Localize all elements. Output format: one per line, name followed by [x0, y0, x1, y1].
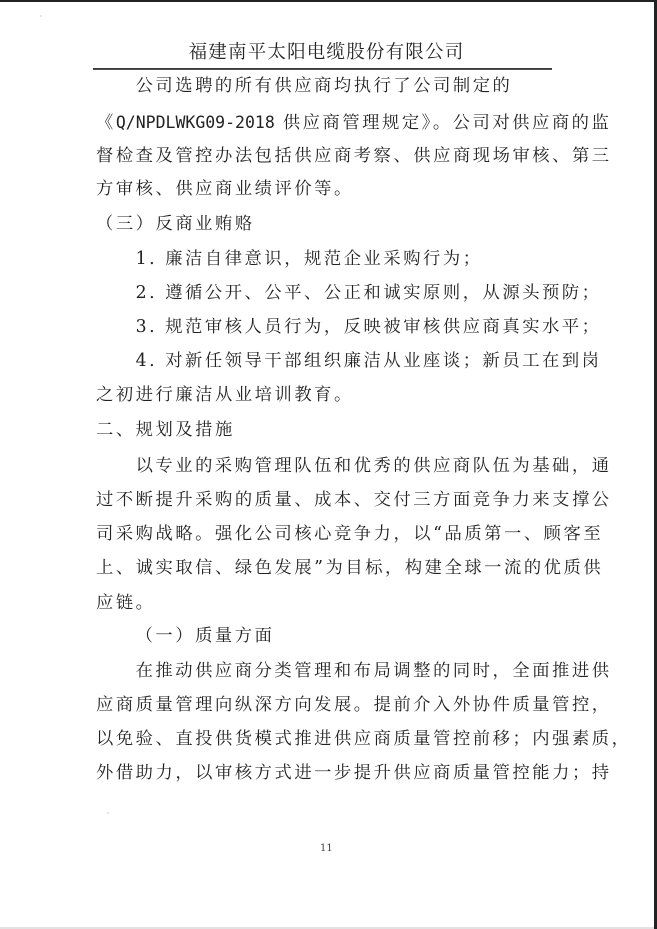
document-code: Q/NPDLWKG09-2018	[116, 113, 275, 132]
scan-frame-top	[0, 0, 657, 2]
list-item: 2. 遵循公开、公平、公正和诚实原则，从源头预防；	[136, 281, 602, 305]
list-item: 1. 廉洁自律意识，规范企业采购行为；	[136, 247, 483, 271]
section-heading: 二、规划及措施	[96, 418, 235, 442]
paragraph-line: 外借助力，以审核方式进一步提升供应商质量管控能力；持	[96, 761, 612, 785]
list-item: 4. 对新任领导干部组织廉洁从业座谈；新员工在到岗	[136, 349, 602, 373]
scan-speck	[107, 812, 109, 814]
paragraph-line: 应链。	[96, 591, 156, 615]
page-header: 福建南平太阳电缆股份有限公司	[93, 38, 552, 64]
paragraph-line: 司采购战略。强化公司核心竞争力，以“品质第一、顾客至	[96, 522, 603, 546]
section-heading: （三）反商业贿赂	[96, 212, 255, 236]
paragraph-line: 督检查及管控办法包括供应商考察、供应商现场审核、第三	[96, 144, 612, 168]
scan-speck	[40, 15, 42, 17]
paragraph-line: 以免验、直投供货模式推进供应商质量管控前移；内强素质，	[96, 727, 631, 751]
paragraph-line: 公司选聘的所有供应商均执行了公司制定的	[136, 74, 513, 98]
paragraph-line: 方审核、供应商业绩评价等。	[96, 177, 354, 201]
paragraph-line: 《Q/NPDLWKG09-2018 供应商管理规定》。公司对供应商的监	[96, 111, 611, 135]
list-item: 3. 规范审核人员行为，反映被审核供应商真实水平；	[136, 315, 602, 339]
paragraph-line: 在推动供应商分类管理和布局调整的同时，全面推进供	[136, 659, 612, 683]
company-name: 福建南平太阳电缆股份有限公司	[181, 38, 465, 64]
paragraph-line: 过不断提升采购的质量、成本、交付三方面竞争力来支撑公	[96, 488, 612, 512]
subsection-heading: （一）质量方面	[136, 624, 275, 648]
header-rule	[93, 68, 552, 70]
page-number: 11	[320, 843, 333, 854]
paragraph-line: 上、诚实取信、绿色发展”为目标，构建全球一流的优质供	[96, 556, 603, 580]
paragraph-line: 应商质量管理向纵深方向发展。提前介入外协件质量管控，	[96, 693, 612, 717]
paragraph-line: 以专业的采购管理队伍和优秀的供应商队伍为基础，通	[136, 454, 612, 478]
paragraph-line: 之初进行廉洁从业培训教育。	[96, 383, 354, 407]
